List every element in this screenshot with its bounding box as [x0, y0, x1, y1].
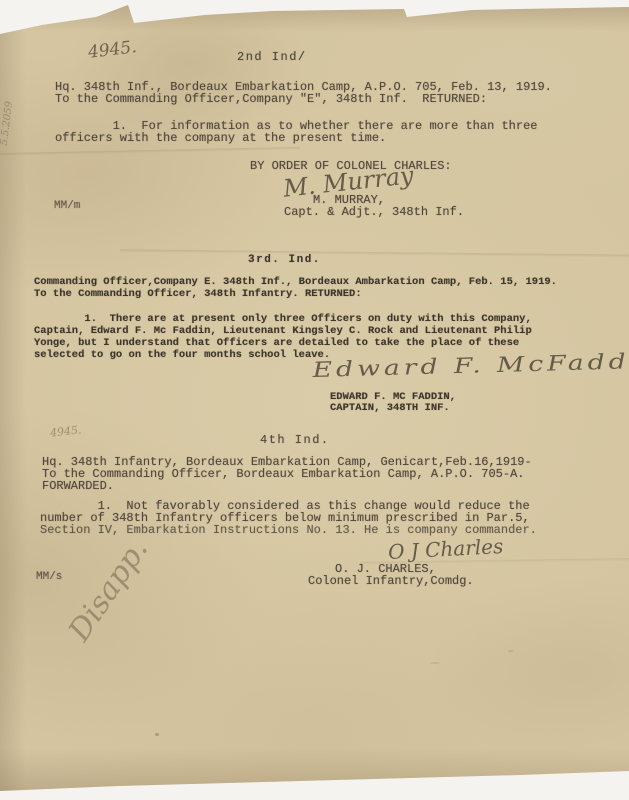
ink-smudge	[508, 650, 513, 652]
ink-smudge	[155, 733, 159, 736]
ind2-reference-initials: MM/m	[54, 200, 80, 212]
scanner-background: 5.5.2059 4945. 2nd Ind/ Hq. 348th Inf., …	[0, 0, 629, 800]
scanned-document-page: { "colors": { "paper": "#d5c5a1", "ink":…	[0, 0, 629, 800]
ind4-address-line2: To the Commanding Officer, Bordeaux Emba…	[42, 467, 524, 481]
paper-crease	[120, 249, 629, 257]
ind2-body-line2: officers with the company at the present…	[55, 131, 386, 145]
ind3-address-line2: To the Commanding Officer, 348th Infantr…	[34, 288, 362, 300]
ind4-address-line3: FORWARDED.	[42, 479, 114, 493]
ind3-address-line1: Commanding Officer,Company E. 348th Inf.…	[34, 276, 557, 288]
mcfaddin-handwritten-signature: Edward F. McFaddin	[312, 348, 629, 382]
ind3-body-line1: 1. There are at present only three Offic…	[34, 313, 532, 325]
ind2-signed-title: Capt. & Adjt., 348th Inf.	[284, 205, 464, 219]
file-number-mid: 4945.	[49, 423, 82, 439]
ink-smudge	[430, 662, 440, 664]
file-number-top: 4945.	[87, 37, 138, 63]
ind4-body-line3: Section IV, Embarkation Instructions No.…	[40, 523, 537, 537]
ind3-heading: 3rd. Ind.	[248, 254, 321, 266]
ind3-body-line4: selected to go on the four months school…	[34, 349, 330, 361]
paper-texture	[0, 0, 629, 42]
paper-crease	[0, 147, 300, 156]
ind4-heading: 4th Ind.	[260, 433, 330, 447]
vertical-edge-number: 5.5.2059	[0, 58, 20, 188]
charles-handwritten-signature: O J Charles	[387, 534, 503, 564]
paper-sheet: 5.5.2059 4945. 2nd Ind/ Hq. 348th Inf., …	[0, 0, 629, 800]
ind3-body-line3: Yonge, but I understand that Officers ar…	[34, 337, 519, 349]
ind4-signed-title: Colonel Infantry,Comdg.	[308, 574, 474, 588]
pencil-note-disapproved: Disapp.	[62, 533, 155, 648]
paper-texture	[0, 748, 629, 792]
ind3-body-line2: Captain, Edward F. Mc Faddin, Lieutenant…	[34, 325, 532, 337]
ind2-heading: 2nd Ind/	[237, 50, 307, 64]
ind4-reference-initials: MM/s	[36, 571, 62, 583]
ind3-signed-title: CAPTAIN, 348TH INF.	[330, 402, 450, 414]
ind2-address-line2: To the Commanding Officer,Company "E", 3…	[55, 92, 487, 106]
